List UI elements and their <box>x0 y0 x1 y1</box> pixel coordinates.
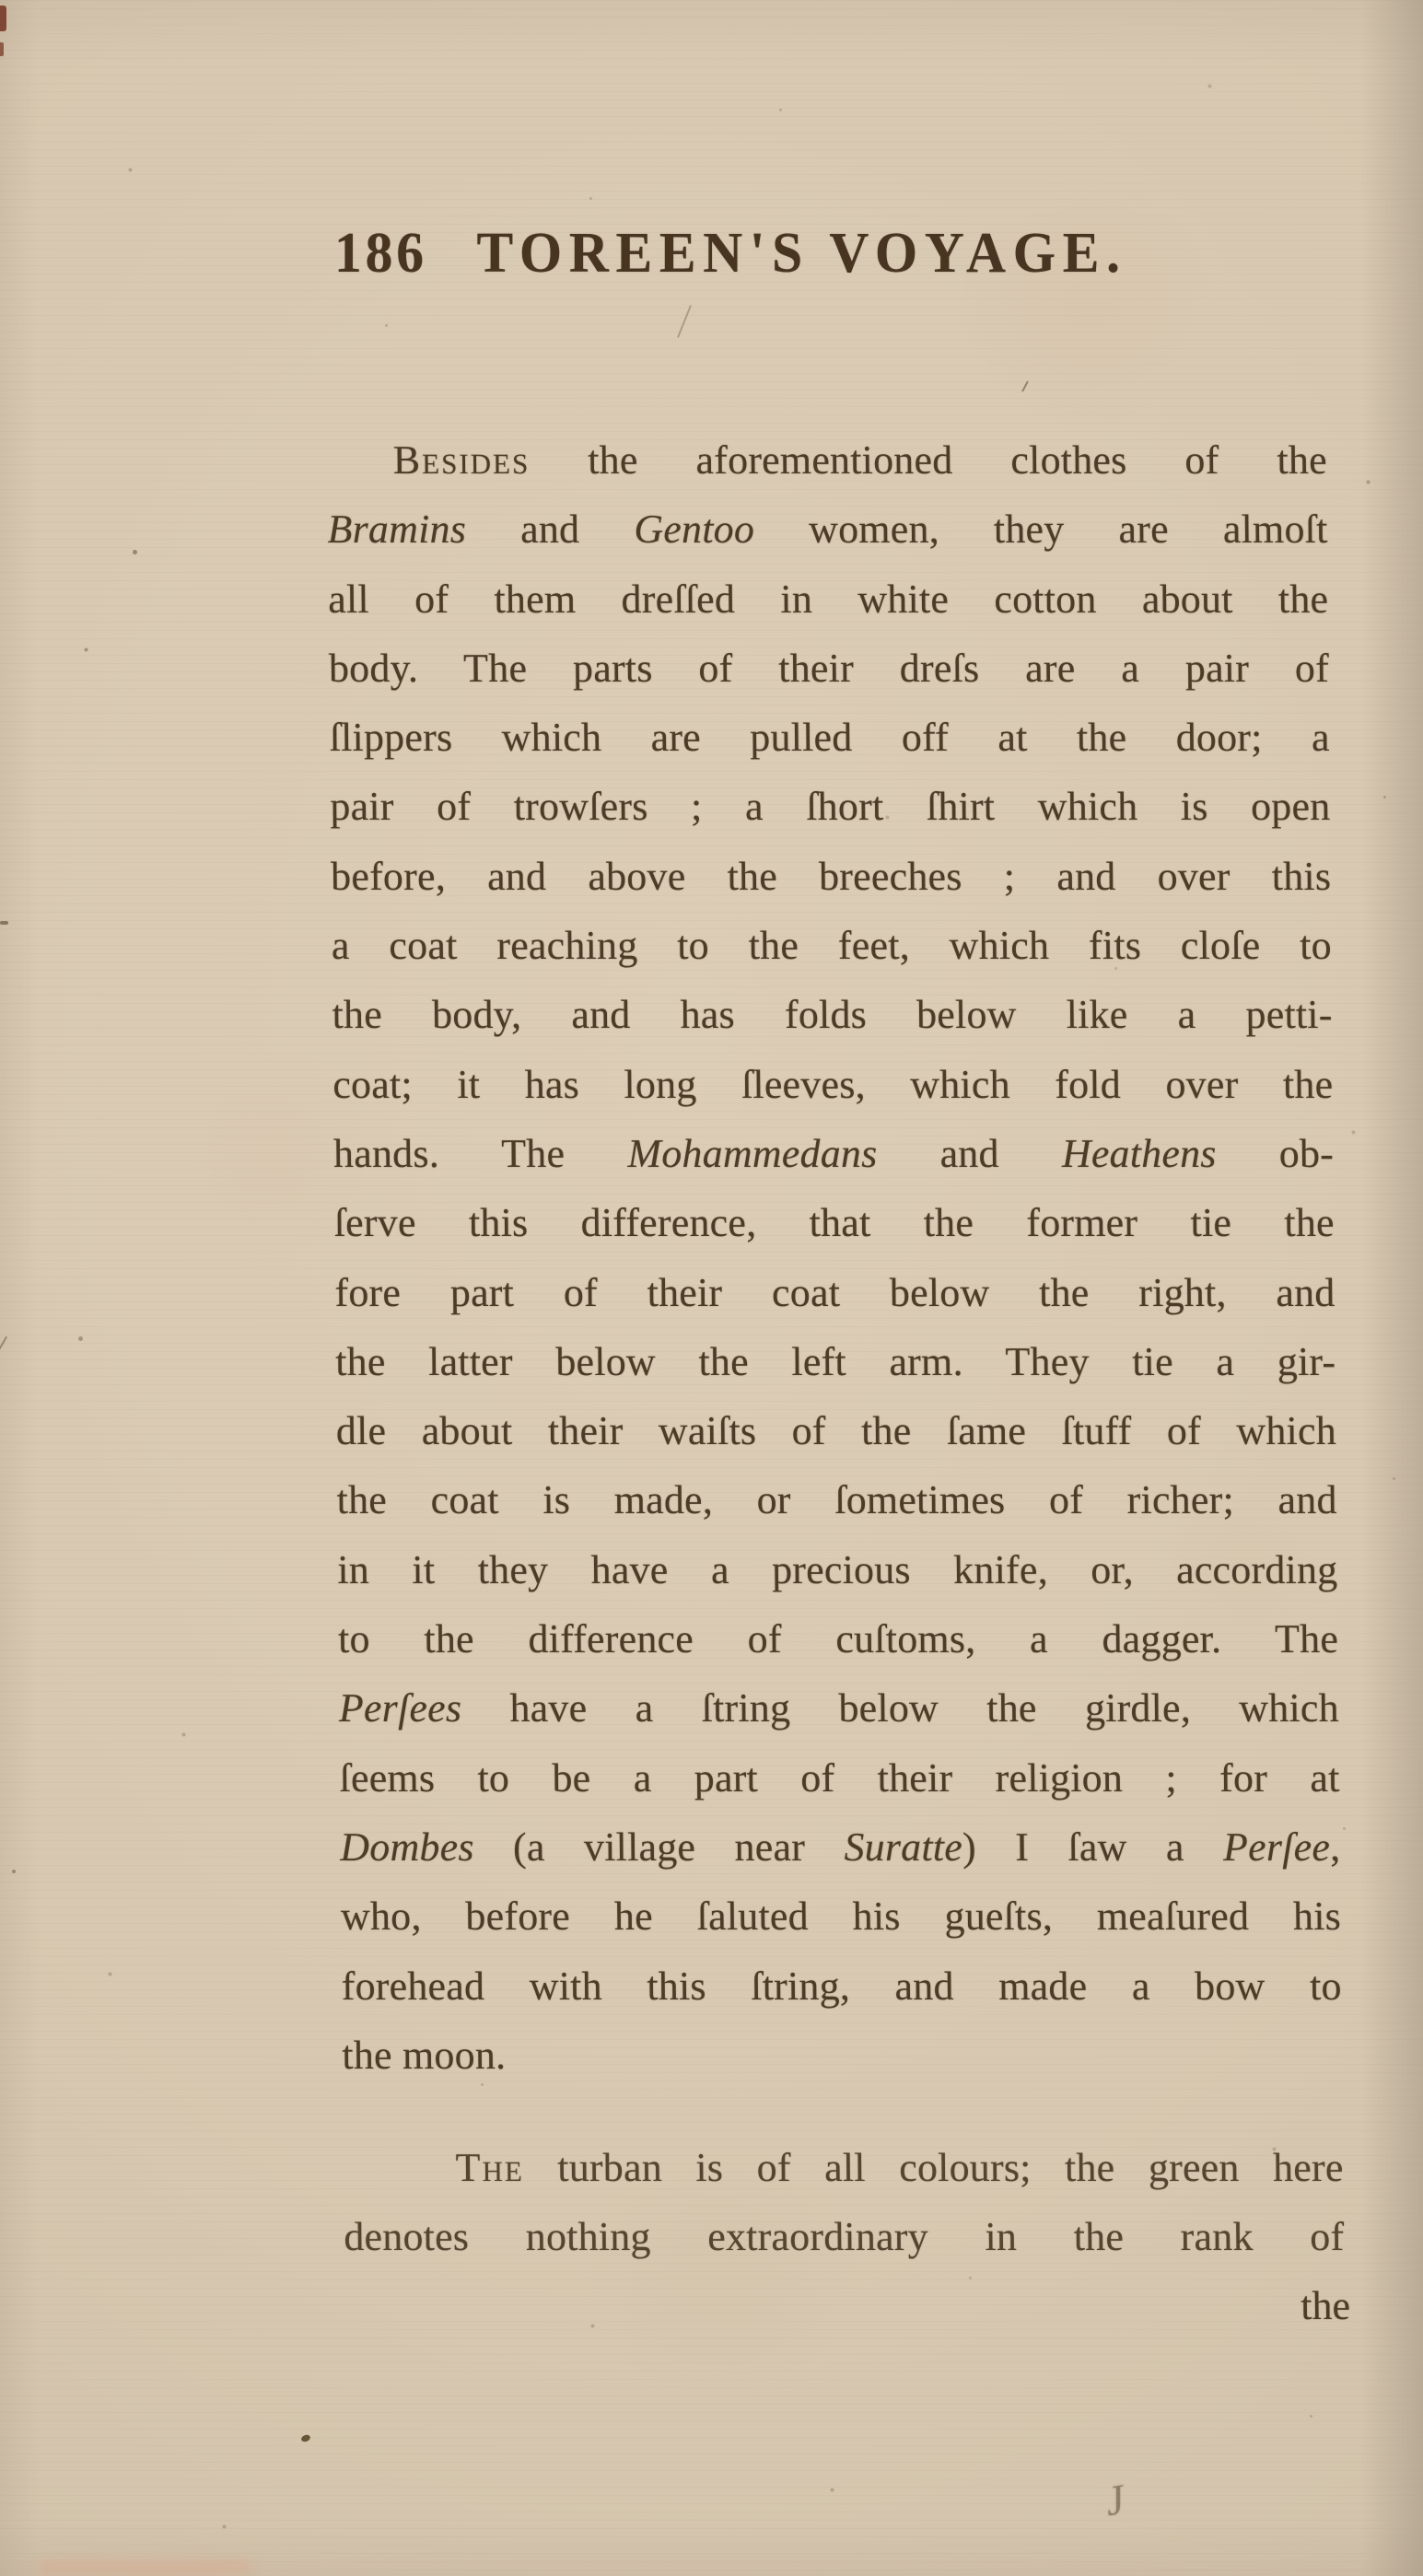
text-line: pair of trowſers ; a ſhort ſhirt which i… <box>330 772 1331 841</box>
text-segment: to the difference of cuſtoms, a dagger. … <box>338 1616 1338 1661</box>
text-segment: a coat reaching to the feet, which fits … <box>332 923 1332 968</box>
text-line: Perſees have a ſtring below the girdle, … <box>338 1673 1339 1743</box>
text-line: Bramins and Gentoo women, they are almoſ… <box>327 495 1328 564</box>
text-segment: before, and above the breeches ; and ove… <box>331 854 1331 899</box>
text-segment: forehead with this ſtring, and made a bo… <box>341 1964 1341 2009</box>
ink-speck <box>300 2434 311 2443</box>
text-segment: pair of trowſers ; a ſhort ſhirt which i… <box>330 784 1330 829</box>
text-segment: the moon. <box>342 2033 506 2078</box>
text-segment: The <box>455 2145 524 2190</box>
book-page-scan: 186 TOREEN'S VOYAGE. Besides the aforeme… <box>0 0 1423 2576</box>
text-line: hands. The Mohammedans and Heathens ob- <box>333 1119 1335 1188</box>
text-segment: and <box>466 507 635 552</box>
text-segment: Perſee <box>1223 1824 1330 1870</box>
text-segment: ſeems to be a part of their religion ; f… <box>339 1755 1339 1801</box>
text-line: to the difference of cuſtoms, a dagger. … <box>338 1604 1339 1673</box>
text-line: dle about their waiſts of the ſame ſtuff… <box>336 1396 1337 1465</box>
text-line: Dombes (a village near Suratte) I ſaw a … <box>340 1813 1341 1882</box>
text-line: ſeems to be a part of their religion ; f… <box>339 1743 1340 1813</box>
text-line: The turban is of all colours; the green … <box>343 2133 1344 2202</box>
text-segment: Dombes <box>340 1824 474 1870</box>
text-line: who, before he ſaluted his gueſts, meaſu… <box>341 1882 1342 1951</box>
paragraph-turban: The turban is of all colours; the green … <box>343 2133 1344 2272</box>
text-segment: Perſees <box>339 1685 462 1731</box>
text-segment: all of them dreſſed in white cotton abou… <box>328 577 1328 622</box>
text-segment: , <box>1330 1824 1341 1870</box>
text-segment: body. The parts of their dreſs are a pai… <box>329 646 1329 691</box>
text-segment: and <box>877 1131 1062 1176</box>
text-segment: Mohammedans <box>627 1131 878 1176</box>
text-line: the latter below the left arm. They tie … <box>335 1327 1336 1396</box>
text-line: the body, and has folds below like a pet… <box>332 980 1333 1049</box>
text-line: Besides the aforementioned clothes of th… <box>326 425 1327 495</box>
text-segment: denotes nothing extraordinary in the ran… <box>344 2214 1344 2259</box>
edge-ink-mark <box>0 1336 7 1351</box>
text-segment: ob- <box>1216 1131 1334 1176</box>
text-segment: Suratte <box>844 1824 962 1870</box>
text-line: ſerve this difference, that the former t… <box>333 1188 1335 1257</box>
edge-ink-mark <box>0 921 8 925</box>
text-segment: Besides <box>393 437 531 483</box>
text-segment: the latter below the left arm. They tie … <box>335 1339 1336 1384</box>
paper-smudge <box>39 2560 251 2575</box>
text-segment: coat; it has long ſleeves, which fold ov… <box>332 1062 1333 1107</box>
text-segment: who, before he ſaluted his gueſts, meaſu… <box>341 1894 1341 1939</box>
paragraph-clothing-description: Besides the aforementioned clothes of th… <box>326 425 1342 2090</box>
text-line: body. The parts of their dreſs are a pai… <box>329 634 1330 703</box>
edge-ink-mark <box>12 1870 16 1873</box>
text-line: all of them dreſſed in white cotton abou… <box>328 565 1329 634</box>
edge-ink-mark <box>0 6 6 31</box>
text-segment: ) I ſaw a <box>962 1824 1224 1870</box>
text-segment: Heathens <box>1062 1131 1217 1176</box>
text-segment: the body, and has folds below like a pet… <box>332 992 1332 1037</box>
text-segment: women, they are almoſt <box>754 507 1328 552</box>
text-line: coat; it has long ſleeves, which fold ov… <box>332 1050 1334 1119</box>
text-segment: dle about their waiſts of the ſame ſtuff… <box>336 1408 1336 1453</box>
text-line: the coat is made, or ſometimes of richer… <box>336 1465 1337 1534</box>
text-line: ſlippers which are pulled off at the doo… <box>329 703 1330 772</box>
text-segment: Gentoo <box>634 507 754 552</box>
text-segment: the coat is made, or ſometimes of richer… <box>336 1477 1336 1522</box>
text-line: in it they have a precious knife, or, ac… <box>337 1535 1338 1604</box>
text-line: denotes nothing extraordinary in the ran… <box>344 2202 1345 2271</box>
text-segment: ſlippers which are pulled off at the doo… <box>329 715 1329 760</box>
text-segment: ſerve this difference, that the former t… <box>334 1200 1335 1245</box>
text-segment: turban is of all colours; the green here <box>524 2145 1344 2190</box>
text-segment: the aforementioned clothes of the <box>530 437 1327 483</box>
text-line: a coat reaching to the feet, which fits … <box>331 911 1332 980</box>
text-line: fore part of their coat below the right,… <box>334 1258 1336 1327</box>
text-block: Besides the aforementioned clothes of th… <box>322 0 1347 2576</box>
text-segment: have a ſtring below the girdle, which <box>461 1685 1339 1731</box>
text-segment: fore part of their coat below the right,… <box>334 1270 1335 1315</box>
text-segment: in it they have a precious knife, or, ac… <box>337 1547 1337 1592</box>
text-line: before, and above the breeches ; and ove… <box>331 842 1332 911</box>
text-segment: (a village near <box>473 1824 844 1870</box>
text-segment: hands. The <box>333 1131 628 1176</box>
text-line: the moon. <box>342 2021 1343 2090</box>
text-line: forehead with this ſtring, and made a bo… <box>341 1952 1342 2021</box>
catchword: the <box>1301 2271 1350 2340</box>
paper-specks <box>0 0 3 3</box>
edge-ink-mark <box>0 42 4 56</box>
text-segment: Bramins <box>327 507 466 552</box>
